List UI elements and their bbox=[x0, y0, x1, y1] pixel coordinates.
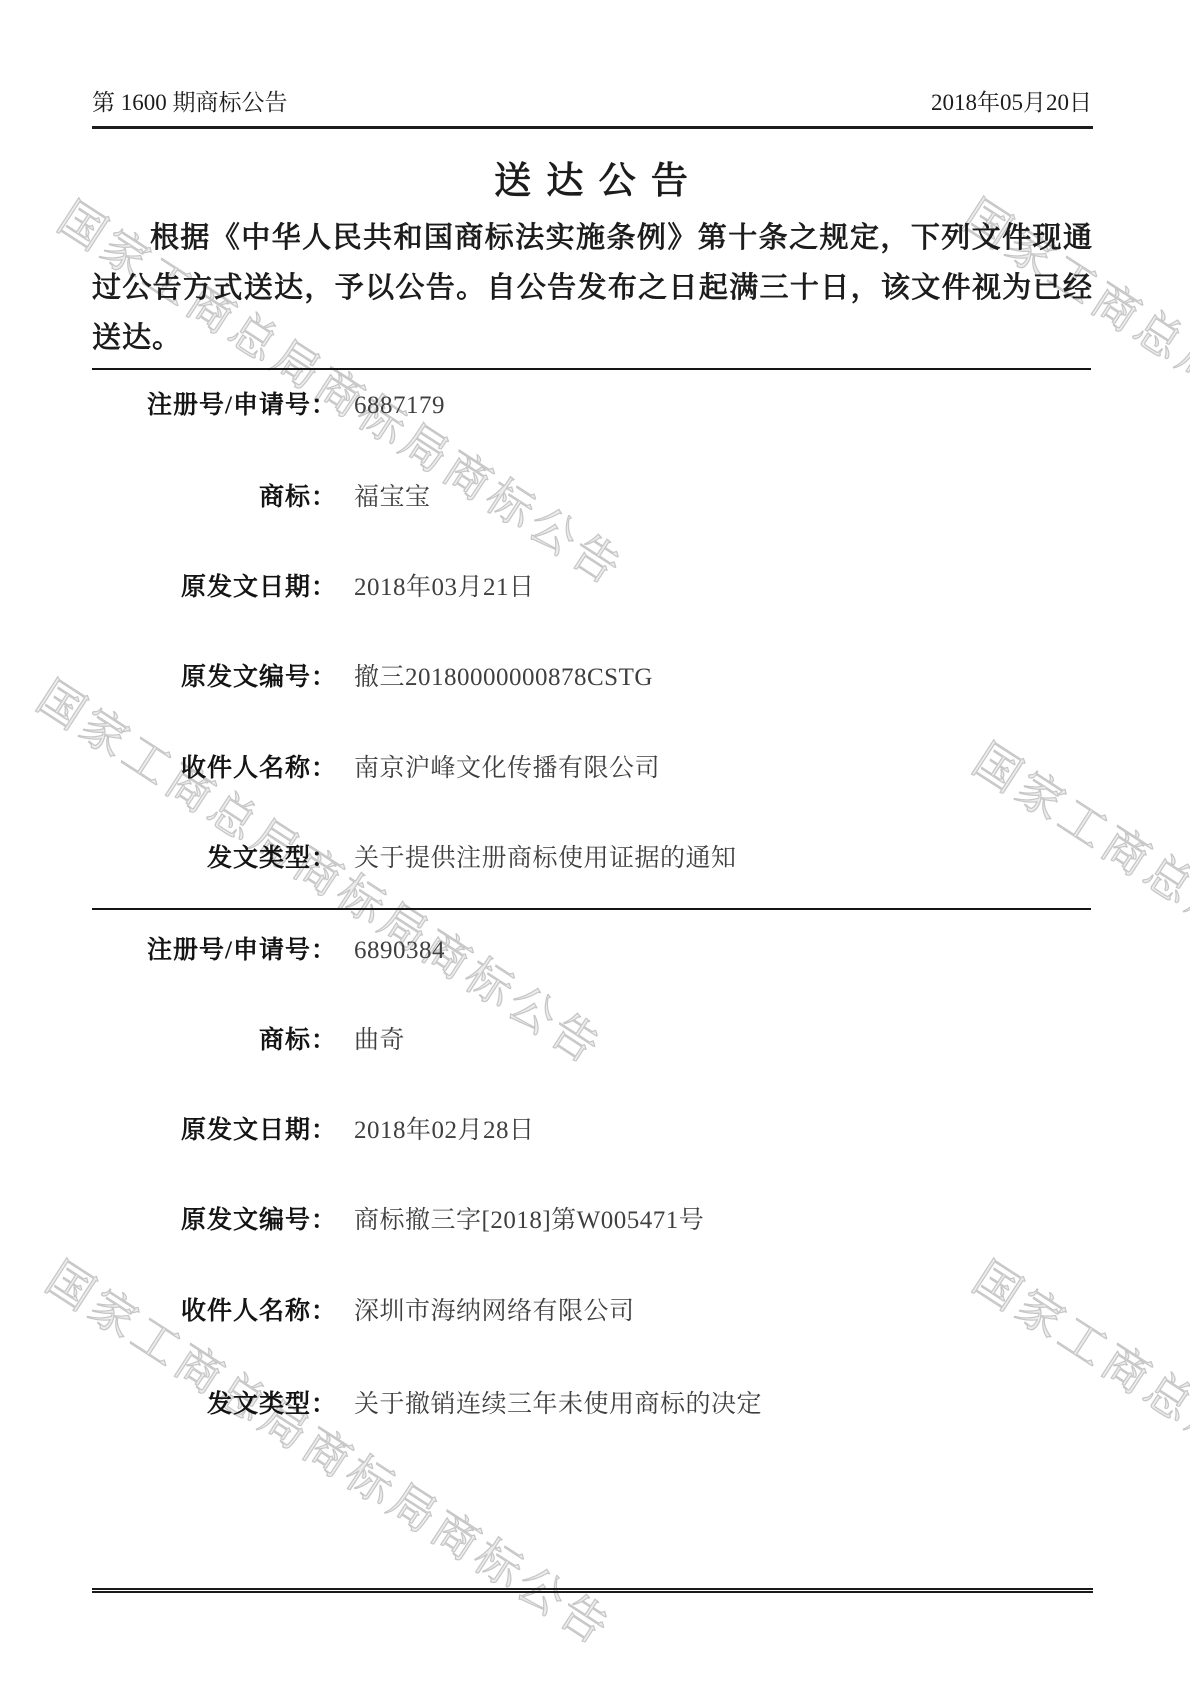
record-row-recipient: 收件人名称： 深圳市海纳网络有限公司 bbox=[92, 1291, 1093, 1327]
record-row-doc-type: 发文类型： 关于撤销连续三年未使用商标的决定 bbox=[92, 1384, 1093, 1420]
field-label: 原发文编号： bbox=[92, 1200, 337, 1236]
intro-paragraph: 根据《中华人民共和国商标法实施条例》第十条之规定，下列文件现通过公告方式送达，予… bbox=[92, 213, 1093, 363]
field-label: 收件人名称： bbox=[92, 1291, 337, 1327]
record-row-orig-no: 原发文编号： 撤三20180000000878CSTG bbox=[92, 657, 1093, 693]
field-value: 2018年03月21日 bbox=[354, 567, 535, 603]
field-label: 商标： bbox=[92, 477, 337, 513]
record-row-orig-date: 原发文日期： 2018年02月28日 bbox=[92, 1110, 1093, 1146]
field-label: 原发文日期： bbox=[92, 1110, 337, 1146]
page-bottom-rule bbox=[92, 1588, 1093, 1593]
record-row-orig-date: 原发文日期： 2018年03月21日 bbox=[92, 567, 1093, 603]
record-row-mark: 商标： 福宝宝 bbox=[92, 477, 1093, 513]
gazette-issue-number: 第 1600 期商标公告 bbox=[92, 84, 288, 117]
record-row-recipient: 收件人名称： 南京沪峰文化传播有限公司 bbox=[92, 748, 1093, 784]
field-value: 商标撤三字[2018]第W005471号 bbox=[354, 1200, 704, 1236]
field-label: 商标： bbox=[92, 1020, 337, 1056]
gazette-date: 2018年05月20日 bbox=[931, 84, 1092, 117]
field-value: 关于撤销连续三年未使用商标的决定 bbox=[354, 1384, 762, 1420]
field-label: 注册号/申请号： bbox=[92, 385, 337, 421]
record-row-mark: 商标： 曲奇 bbox=[92, 1020, 1093, 1056]
field-value: 撤三20180000000878CSTG bbox=[354, 657, 653, 693]
record-row-reg-no: 注册号/申请号： 6887179 bbox=[92, 385, 1093, 421]
field-value: 6887179 bbox=[354, 392, 445, 420]
field-label: 原发文编号： bbox=[92, 657, 337, 693]
gazette-page: 国家工商总局商标局商标公告 国家工商总局商标局商标公告 国家工商总局商标局商标公… bbox=[0, 0, 1190, 1684]
record-row-reg-no: 注册号/申请号： 6890384 bbox=[92, 930, 1093, 966]
header-rule bbox=[92, 126, 1093, 129]
record-row-doc-type: 发文类型： 关于提供注册商标使用证据的通知 bbox=[92, 838, 1093, 874]
section-divider bbox=[92, 368, 1091, 370]
field-label: 注册号/申请号： bbox=[92, 930, 337, 966]
field-label: 发文类型： bbox=[92, 838, 337, 874]
field-value: 6890384 bbox=[354, 937, 445, 965]
page-title: 送 达 公 告 bbox=[92, 150, 1093, 204]
field-value: 2018年02月28日 bbox=[354, 1110, 535, 1146]
field-label: 原发文日期： bbox=[92, 567, 337, 603]
section-divider bbox=[92, 908, 1091, 910]
field-value: 曲奇 bbox=[354, 1020, 405, 1056]
field-value: 关于提供注册商标使用证据的通知 bbox=[354, 838, 737, 874]
record-row-orig-no: 原发文编号： 商标撤三字[2018]第W005471号 bbox=[92, 1200, 1093, 1236]
field-label: 收件人名称： bbox=[92, 748, 337, 784]
field-label: 发文类型： bbox=[92, 1384, 337, 1420]
field-value: 深圳市海纳网络有限公司 bbox=[354, 1291, 635, 1327]
field-value: 福宝宝 bbox=[354, 477, 431, 513]
field-value: 南京沪峰文化传播有限公司 bbox=[354, 748, 660, 784]
